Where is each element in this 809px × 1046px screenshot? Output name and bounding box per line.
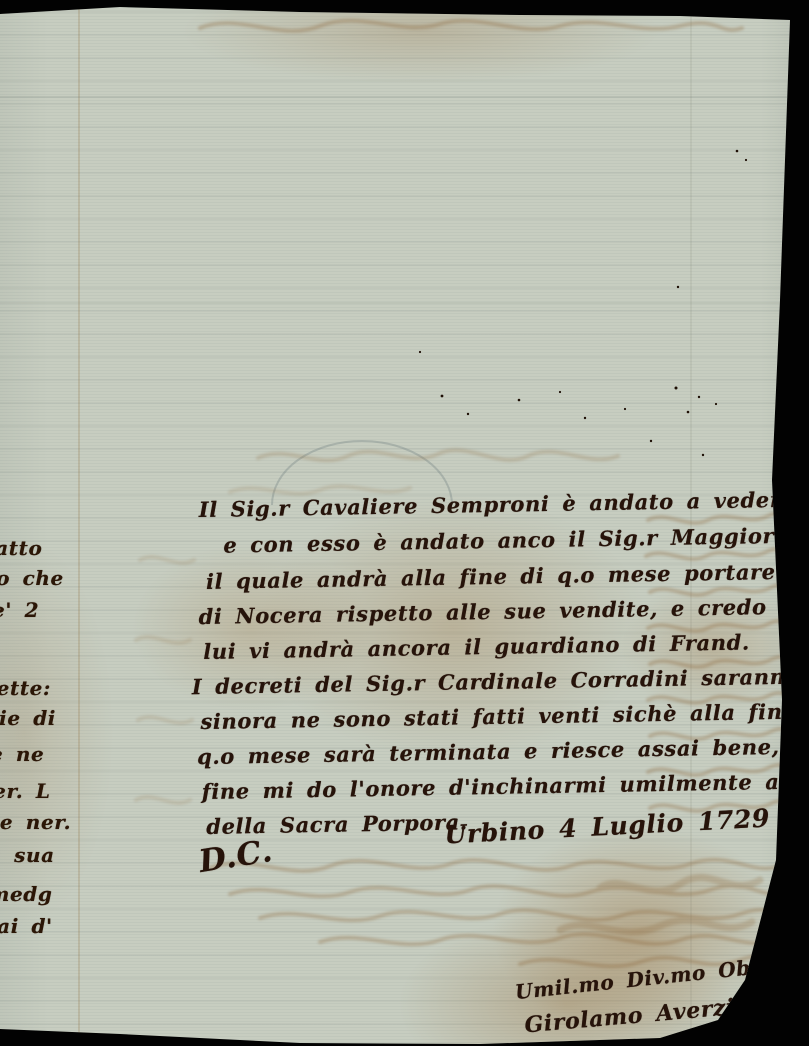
facing-page-fragment: che ner.	[0, 810, 71, 834]
facing-page-fragment: Lette:	[0, 676, 51, 700]
facing-page-fragment: e' 2	[0, 598, 39, 622]
facing-page-fragment: fatto	[0, 536, 42, 560]
facing-page-fragment: a sua	[0, 843, 55, 867]
fold-line-vertical-left	[78, 8, 80, 1036]
facing-page-fragment: ner. L	[0, 779, 51, 803]
facing-page-fragment: e ne	[0, 742, 44, 766]
facing-page-fragment: rai d'	[0, 914, 53, 938]
facing-page-fragment: nie di	[0, 706, 56, 730]
letter-body: Il Sig.r Cavaliere Semproni è andato a v…	[186, 477, 793, 907]
fold-line-horizontal-mid	[0, 302, 809, 304]
signature-line-closing: Umil.mo Div.mo Obbl.mo Servitore	[514, 936, 809, 1004]
letter-dateline: Urbino 4 Luglio 1729	[444, 803, 771, 849]
manuscript-page: fatto olo che e' 2 Lette: nie di e ne ne…	[0, 0, 809, 1046]
facing-page-fragment: imedg	[0, 882, 52, 906]
facing-page-fragment: olo che	[0, 566, 64, 590]
fold-line-horizontal-upper	[0, 96, 809, 98]
scan-background: fatto olo che e' 2 Lette: nie di e ne ne…	[0, 0, 809, 1046]
